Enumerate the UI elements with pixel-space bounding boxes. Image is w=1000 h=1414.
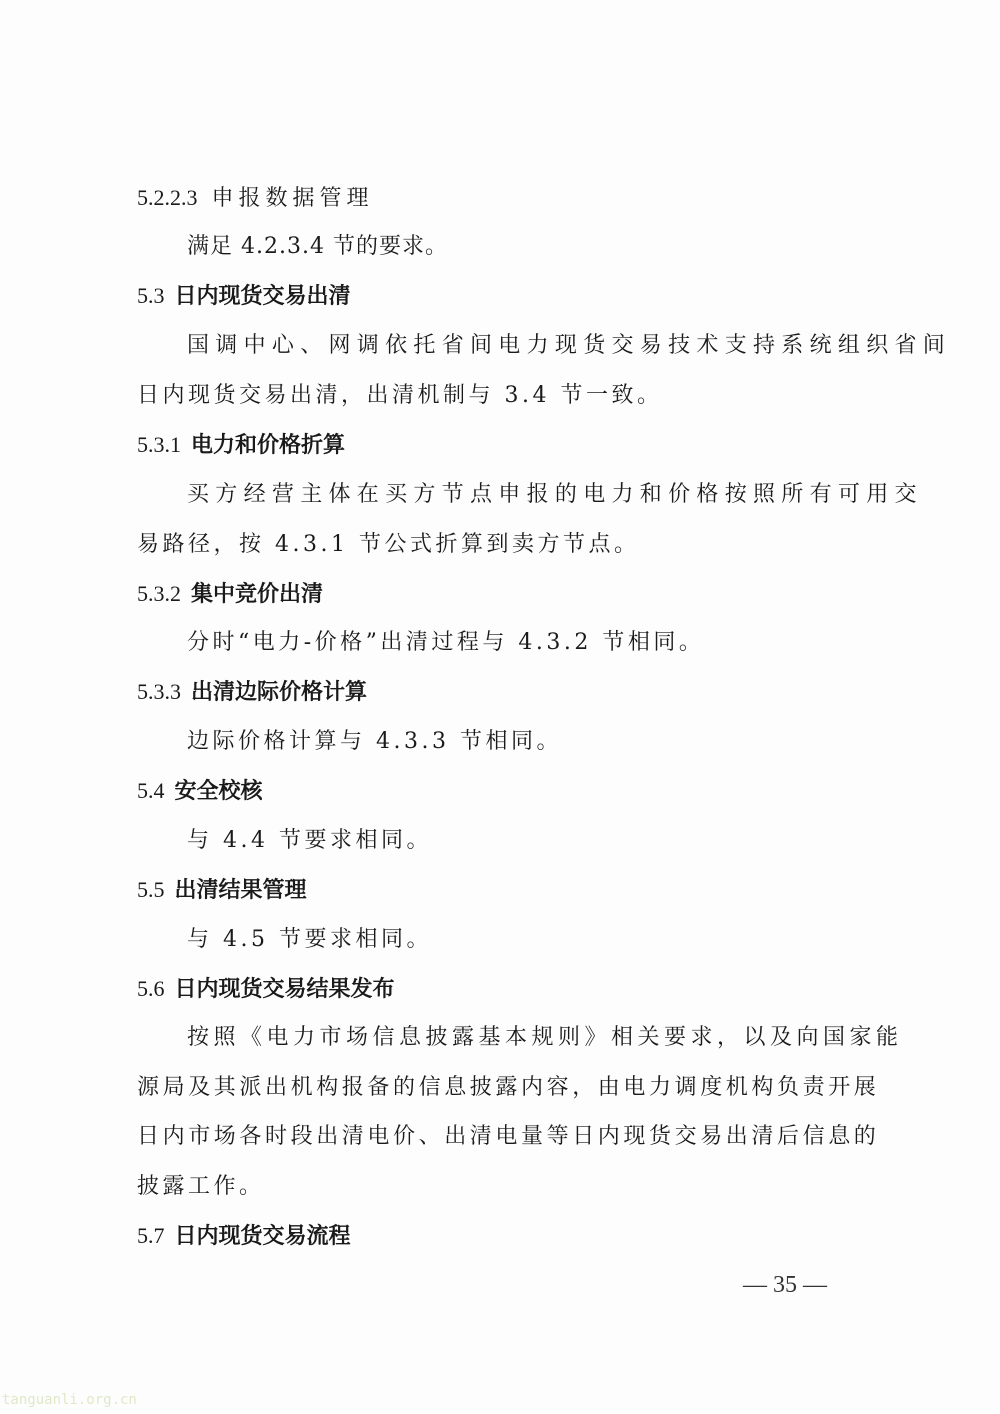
section-heading-5-4: 5.4安全校核 [137, 776, 263, 807]
section-title: 日内现货交易流程 [175, 1224, 351, 1249]
paragraph-line: 国调中心、网调依托省间电力现货交易技术支持系统组织省间 [187, 331, 862, 361]
section-heading-5-3-3: 5.3.3出清边际价格计算 [137, 677, 367, 708]
document-page: 5.2.2.3申报数据管理 满足 4.2.3.4 节的要求。 5.3日内现货交易… [0, 0, 1000, 1414]
paragraph-line: 满足 4.2.3.4 节的要求。 [187, 232, 448, 262]
paragraph-line: 日内市场各时段出清电价、出清电量等日内现货交易出清后信息的 [137, 1122, 862, 1152]
paragraph-line: 按照《电力市场信息披露基本规则》相关要求，以及向国家能 [187, 1023, 862, 1053]
section-heading-5-3-2: 5.3.2集中竞价出清 [137, 579, 323, 610]
section-heading-5-2-2-3: 5.2.2.3申报数据管理 [137, 183, 374, 214]
section-title: 出清边际价格计算 [191, 680, 367, 705]
section-title: 集中竞价出清 [191, 582, 323, 607]
section-number: 5.6 [137, 976, 165, 1001]
section-number: 5.7 [137, 1223, 165, 1248]
section-title: 申报数据管理 [212, 186, 374, 211]
section-number: 5.3 [137, 283, 165, 308]
paragraph-line: 与 4.5 节要求相同。 [187, 925, 432, 955]
section-number: 5.4 [137, 778, 165, 803]
section-title: 日内现货交易结果发布 [175, 977, 395, 1002]
paragraph-line: 分时“电力-价格”出清过程与 4.3.2 节相同。 [187, 628, 704, 658]
section-number: 5.3.3 [137, 679, 181, 704]
watermark: tanguanli.org.cn [2, 1392, 137, 1408]
paragraph-line: 披露工作。 [137, 1172, 265, 1202]
paragraph-line: 日内现货交易出清，出清机制与 3.4 节一致。 [137, 381, 662, 411]
page-number: — 35 — [743, 1272, 827, 1299]
section-title: 安全校核 [175, 779, 263, 804]
section-number: 5.3.1 [137, 432, 181, 457]
paragraph-line: 边际价格计算与 4.3.3 节相同。 [187, 727, 562, 757]
section-number: 5.2.2.3 [137, 185, 198, 210]
section-number: 5.5 [137, 877, 165, 902]
paragraph-line: 源局及其派出机构报备的信息披露内容，由电力调度机构负责开展 [137, 1073, 862, 1103]
section-title: 出清结果管理 [175, 878, 307, 903]
paragraph-line: 与 4.4 节要求相同。 [187, 826, 432, 856]
section-heading-5-6: 5.6日内现货交易结果发布 [137, 974, 395, 1005]
section-heading-5-3: 5.3日内现货交易出清 [137, 281, 351, 312]
section-heading-5-5: 5.5出清结果管理 [137, 875, 307, 906]
paragraph-line: 买方经营主体在买方节点申报的电力和价格按照所有可用交 [187, 480, 862, 510]
section-heading-5-3-1: 5.3.1电力和价格折算 [137, 430, 345, 461]
section-title: 电力和价格折算 [191, 433, 345, 458]
section-heading-5-7: 5.7日内现货交易流程 [137, 1221, 351, 1252]
section-number: 5.3.2 [137, 581, 181, 606]
section-title: 日内现货交易出清 [175, 284, 351, 309]
paragraph-line: 易路径，按 4.3.1 节公式折算到卖方节点。 [137, 530, 639, 560]
